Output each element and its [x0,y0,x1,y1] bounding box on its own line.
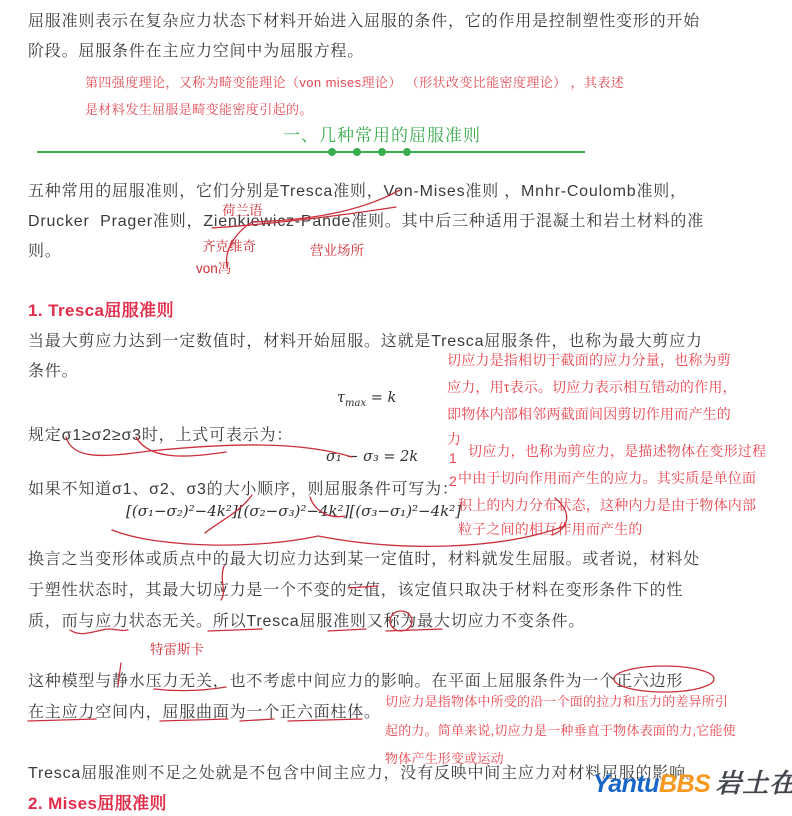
formula-tau-base: τ [337,390,345,406]
tresca-para4-line-3: 质，而与应力状态无关。所以Tresca屈服准则又称为最大切应力不变条件。 [28,608,585,631]
annotation-premises: 营业场所 [310,239,364,259]
sidebar2-line-4: 粒子之间的相互作用而产生的 [458,519,643,539]
logo-cn-text: 岩土在线 [715,768,792,798]
sidebar3-line-1: 切应力是指物体中所受的沿一个面的拉力和压力的差异所引 [385,691,728,710]
tresca-para4-line-1: 换言之当变形体或质点中的最大切应力达到某一定值时，材料就发生屈服。或者说，材料处 [28,546,700,569]
divider-dot [403,148,411,156]
five-criteria-line-1: 五种常用的屈服准则，它们分别是Tresca准则，Von-Mises准则 ，Mnh… [28,178,687,201]
sidebar1-line-3: 即物体内部相邻两截面间因剪切作用而产生的 [447,404,731,424]
tresca-para3: 如果不知道σ1、σ2、σ3的大小顺序，则屈服条件可写为： [28,476,459,499]
tresca-para1-line-2: 条件。 [28,358,78,381]
tresca-para2: 规定σ1≥σ2≥σ3时，上式可表示为： [28,422,293,445]
annotation-von-feng: von冯 [196,257,231,277]
section-heading-green: 一、几种常用的屈服准则 [283,121,481,146]
green-divider-line [37,151,585,153]
formula-tau-max: τmax = k [337,390,396,409]
tresca-para5-line-1: 这种模型与静水压力无关，也不考虑中间应力的影响。在平面上屈服条件为一个正六边形 [28,668,683,691]
document-page: 屈服准则表示在复杂应力状态下材料开始进入屈服的条件，它的作用是控制塑性变形的开始… [0,0,792,816]
tresca-para5-line-2: 在主应力空间内，屈服曲面为一个正六面柱体。 [28,699,381,722]
tresca-heading: 1. Tresca屈服准则 [28,296,174,321]
five-criteria-line-3: 则。 [28,238,62,261]
top-note-line-2: 是材料发生屈服是畸变能密度引起的。 [85,99,313,118]
sidebar2-line-3: 积上的内力分布状态，这种内力是由于物体内部 [458,495,756,515]
top-note-line-1: 第四强度理论，又称为畸变能理论（von mises理论） （形状改变比能密度理论… [85,72,624,91]
formula-sigma-2k: σ₁ − σ₃ = 2k [326,449,418,465]
intro-line-2: 阶段。屈服条件在主应力空间中为屈服方程。 [28,38,364,61]
annotation-dutch: 荷兰语 [222,199,263,219]
sidebar1-line-2: 应力，用τ表示。切应力表示相互错动的作用， [447,377,737,397]
logo-yantu-text: Yantu [593,770,659,798]
sidebar3-line-2: 起的力。简单来说,切应力是一种垂直于物体表面的力,它能使 [385,720,736,739]
sidebar-number-1: 1 [449,450,457,466]
intro-line-1: 屈服准则表示在复杂应力状态下材料开始进入屈服的条件，它的作用是控制塑性变形的开始 [28,8,700,31]
formula-tau-rhs: = k [366,390,396,406]
sidebar1-line-4: 力 [447,429,461,449]
annotation-tresca-cn: 特雷斯卡 [150,638,204,658]
sidebar2-line-2: 中由于切向作用而产生的应力。其实质是单位面 [458,468,756,488]
formula-yield-product: [(σ₁−σ₂)²−4k²][(σ₂−σ₃)²−4k²][(σ₃−σ₁)²−4k… [126,502,461,520]
sidebar2-line-1: 切应力，也称为剪应力，是描述物体在变形过程 [468,441,766,461]
formula-tau-sub: max [345,398,366,409]
tresca-para4-line-2: 于塑性状态时，其最大切应力是一个不变的定值，该定值只取决于材料在变形条件下的性 [28,577,683,600]
five-criteria-line-2: Drucker Prager准则，Zienkiewicz-Pande准则。其中后… [28,208,704,231]
logo-bbs-text: BBS [659,770,710,798]
divider-dot [353,148,361,156]
mises-heading: 2. Mises屈服准则 [28,789,167,814]
tresca-para1-line-1: 当最大剪应力达到一定数值时，材料开始屈服。这就是Tresca屈服条件，也称为最大… [28,328,703,351]
sidebar1-line-1: 切应力是指相切于截面的应力分量，也称为剪 [447,350,731,370]
divider-dot [328,148,336,156]
yantu-bbs-logo: YantuBBS岩土在线 [593,763,792,800]
divider-dot [378,148,386,156]
annotation-zienkiewicz-cn: 齐克维奇 [202,235,256,255]
